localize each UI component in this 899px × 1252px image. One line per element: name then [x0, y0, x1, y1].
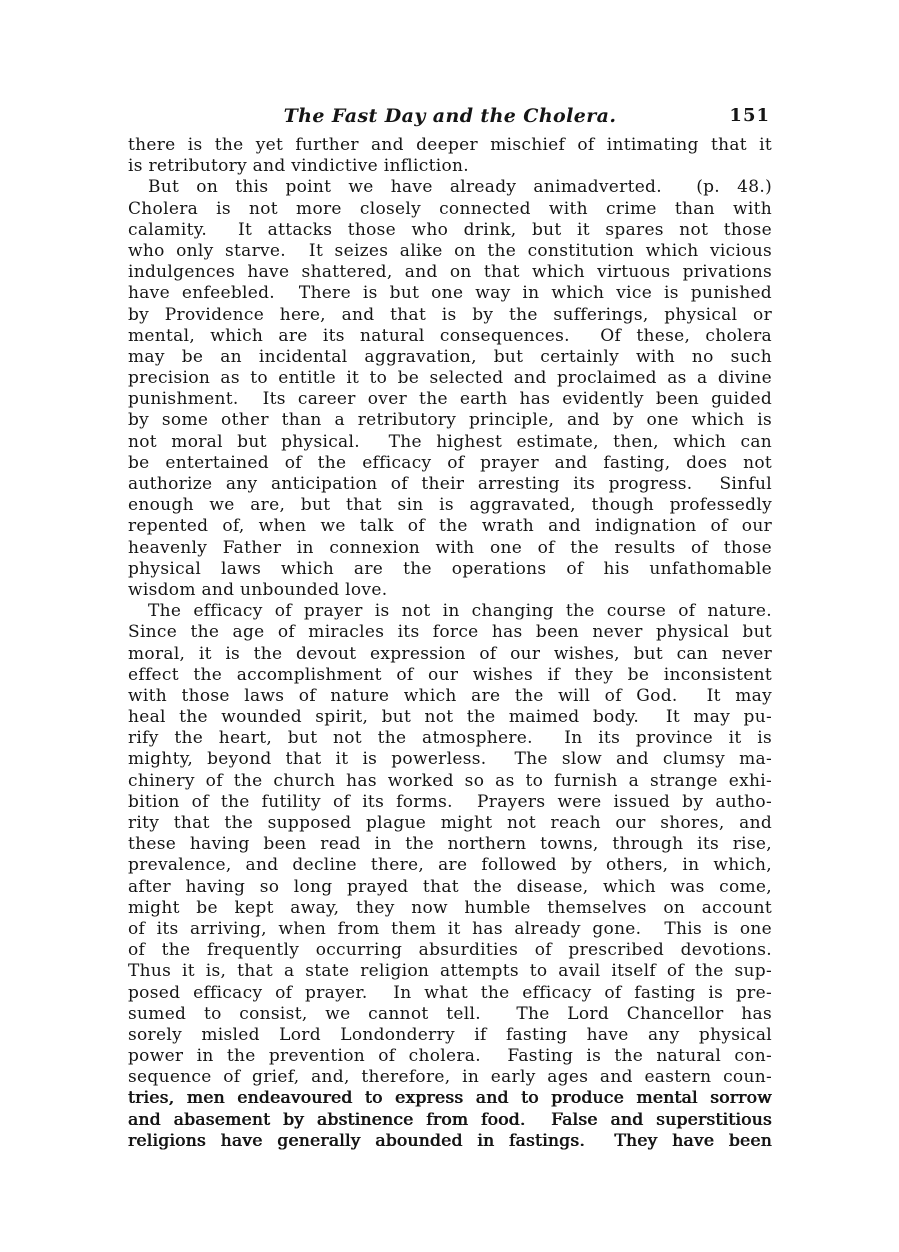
text-line: heal the wounded spirit, but not the mai… — [128, 707, 772, 728]
text-line: physical laws which are the operations o… — [128, 559, 772, 580]
text-line: there is the yet further and deeper misc… — [128, 135, 772, 156]
text-line: indulgences have shattered, and on that … — [128, 262, 772, 283]
text-line: rity that the supposed plague might not … — [128, 813, 772, 834]
text-line: punishment. Its career over the earth ha… — [128, 389, 772, 410]
text-line: posed efficacy of prayer. In what the ef… — [128, 983, 772, 1004]
text-line: by some other than a retributory princip… — [128, 410, 772, 431]
text-line: precision as to entitle it to be selecte… — [128, 368, 772, 389]
text-line: these having been read in the northern t… — [128, 834, 772, 855]
text-line: enough we are, but that sin is aggravate… — [128, 495, 772, 516]
text-line: authorize any anticipation of their arre… — [128, 474, 772, 495]
text-line: But on this point we have already animad… — [128, 177, 772, 198]
text-line: tries, men endeavoured to express and to… — [128, 1088, 772, 1109]
text-line: with those laws of nature which are the … — [128, 686, 772, 707]
page-header: The Fast Day and the Cholera. 151 — [128, 104, 772, 130]
text-line: heavenly Father in connexion with one of… — [128, 538, 772, 559]
text-line: and abasement by abstinence from food. F… — [128, 1110, 772, 1131]
body-text: there is the yet further and deeper misc… — [128, 135, 772, 1152]
text-line: wisdom and unbounded love. — [128, 580, 772, 601]
text-line: might be kept away, they now humble them… — [128, 898, 772, 919]
text-line: Since the age of miracles its force has … — [128, 622, 772, 643]
text-line: mental, which are its natural consequenc… — [128, 326, 772, 347]
text-line: calamity. It attacks those who drink, bu… — [128, 220, 772, 241]
text-line: may be an incidental aggravation, but ce… — [128, 347, 772, 368]
text-line: after having so long prayed that the dis… — [128, 877, 772, 898]
text-line: of its arriving, when from them it has a… — [128, 919, 772, 940]
text-line: repented of, when we talk of the wrath a… — [128, 516, 772, 537]
text-line: rify the heart, but not the atmosphere. … — [128, 728, 772, 749]
text-line: bition of the futility of its forms. Pra… — [128, 792, 772, 813]
text-line: chinery of the church has worked so as t… — [128, 771, 772, 792]
text-line: of the frequently occurring absurdities … — [128, 940, 772, 961]
text-line: religions have generally abounded in fas… — [128, 1131, 772, 1152]
text-line: sumed to consist, we cannot tell. The Lo… — [128, 1004, 772, 1025]
text-line: have enfeebled. There is but one way in … — [128, 283, 772, 304]
text-line: sequence of grief, and, therefore, in ea… — [128, 1067, 772, 1088]
running-title: The Fast Day and the Cholera. — [128, 104, 772, 128]
text-line: Cholera is not more closely connected wi… — [128, 199, 772, 220]
text-line: moral, it is the devout expression of ou… — [128, 644, 772, 665]
text-line: be entertained of the efficacy of prayer… — [128, 453, 772, 474]
text-line: is retributory and vindictive infliction… — [128, 156, 772, 177]
text-line: Thus it is, that a state religion attemp… — [128, 961, 772, 982]
text-line: The efficacy of prayer is not in changin… — [128, 601, 772, 622]
page-number: 151 — [729, 104, 770, 128]
text-line: who only starve. It seizes alike on the … — [128, 241, 772, 262]
text-line: by Providence here, and that is by the s… — [128, 305, 772, 326]
text-line: effect the accomplishment of our wishes … — [128, 665, 772, 686]
text-line: prevalence, and decline there, are follo… — [128, 855, 772, 876]
text-line: sorely misled Lord Londonderry if fastin… — [128, 1025, 772, 1046]
text-line: mighty, beyond that it is powerless. The… — [128, 749, 772, 770]
text-line: not moral but physical. The highest esti… — [128, 432, 772, 453]
text-line: power in the prevention of cholera. Fast… — [128, 1046, 772, 1067]
book-page: The Fast Day and the Cholera. 151 there … — [0, 0, 899, 1252]
